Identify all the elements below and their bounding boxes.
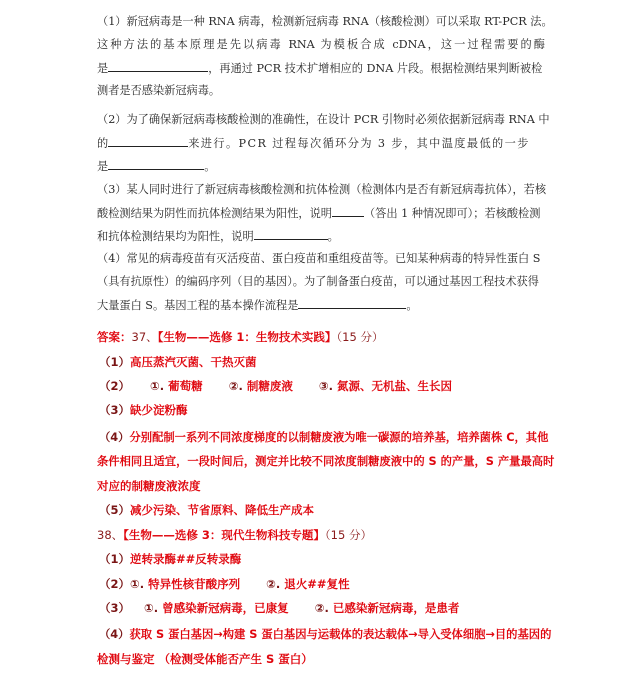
q38-a3-label: （3）	[99, 601, 130, 615]
q4-line-2: （具有抗原性）的编码序列（目的基因）。为了制备蛋白疫苗，可以通过基因工程技术获得	[97, 274, 545, 290]
q38-number: 38、	[97, 528, 123, 542]
q37-answer-4-line-1: （4）分别配制一系列不同浓度梯度的以制糖废液为唯一碳源的培养基，培养菌株 C，其…	[99, 430, 548, 446]
q37-a3-label: （3）	[99, 403, 130, 417]
q38-a1-text: 逆转录酶##反转录酶	[130, 552, 241, 566]
q38-score: （15 分）	[325, 528, 372, 542]
q38-title: 【生物——选修 3：现代生物科技专题】	[123, 528, 325, 542]
q37-a4-text-1: 分别配制一系列不同浓度梯度的以制糖废液为唯一碳源的培养基，培养菌株 C，其他	[129, 431, 548, 444]
q37-a1-label: （1）	[99, 355, 130, 369]
q4-line-3-post: 。	[406, 299, 417, 312]
q38-a3-marker-2: ②.	[315, 601, 329, 615]
q1-line-3-pre: 是	[97, 62, 108, 75]
q2-answer-blank-1	[108, 135, 188, 147]
q3-answer-blank-1	[332, 205, 364, 217]
q37-answer-1: （1）高压蒸汽灭菌、干热灭菌	[99, 354, 257, 370]
answer-37-heading: 答案：37、【生物——选修 1：生物技术实践】（15 分）	[97, 329, 383, 345]
q3-line-2-pre: 酸检测结果为阴性而抗体检测结果为阳性，说明	[97, 207, 332, 220]
q38-a4-text-1: 获取 S 蛋白基因→构建 S 蛋白基因与运载体的表达载体→导入受体细胞→目的基因…	[129, 628, 551, 641]
q1-line-3-post: ，再通过 PCR 技术扩增相应的 DNA 片段。根据检测结果判断被检	[208, 62, 542, 75]
q37-a2-label: （2）	[99, 379, 130, 393]
q37-answer-2: （2） ①. 葡萄糖 ②. 制糖废液 ③. 氮源、无机盐、生长因	[99, 378, 452, 394]
q2-line-2: 的来进行。PCR 过程每次循环分为 3 步，其中温度最低的一步	[97, 135, 545, 152]
q37-title: 【生物——选修 1：生物技术实践】	[158, 330, 337, 344]
q3-line-3-post: 。	[328, 230, 339, 243]
q3-answer-blank-2	[254, 228, 328, 240]
q38-a1-label: （1）	[99, 552, 130, 566]
q37-answer-3: （3）缺少淀粉酶	[99, 402, 188, 418]
q38-a2-item-1: 特异性核苷酸序列	[148, 577, 240, 591]
q3-line-2-post: （答出 1 种情况即可）；若核酸检测	[364, 207, 540, 220]
q37-a3-text: 缺少淀粉酶	[130, 403, 188, 417]
q37-a2-item-2: 制糖废液	[247, 379, 293, 393]
q38-answer-1: （1）逆转录酶##反转录酶	[99, 551, 241, 567]
q3-line-1: （3）某人同时进行了新冠病毒核酸检测和抗体检测（检测体内是否有新冠病毒抗体），若…	[97, 182, 545, 198]
answer-38-heading: 38、【生物——选修 3：现代生物科技专题】（15 分）	[97, 527, 372, 543]
q4-answer-blank	[298, 297, 406, 309]
q1-line-3: 是，再通过 PCR 技术扩增相应的 DNA 片段。根据检测结果判断被检	[97, 60, 545, 77]
q37-a2-marker-1: ①.	[150, 379, 164, 393]
q3-line-2: 酸检测结果为阴性而抗体检测结果为阳性，说明（答出 1 种情况即可）；若核酸检测	[97, 205, 545, 222]
q1-line-4: 测者是否感染新冠病毒。	[97, 83, 545, 99]
q38-answer-4-line-1: （4）获取 S 蛋白基因→构建 S 蛋白基因与运载体的表达载体→导入受体细胞→目…	[99, 627, 551, 643]
answer-label: 答案：	[97, 330, 132, 344]
q2-line-3-pre: 是	[97, 160, 108, 173]
q38-a2-marker-2: ②.	[266, 577, 280, 591]
document-page: （1）新冠病毒是一种 RNA 病毒，检测新冠病毒 RNA（核酸检测）可以采取 R…	[0, 0, 641, 681]
q2-line-3: 是。	[97, 158, 545, 175]
q37-a2-marker-3: ③.	[319, 379, 333, 393]
q37-a2-item-1: 葡萄糖	[168, 379, 203, 393]
q37-answer-4-line-2: 条件相同且适宜，一段时间后，测定并比较不同浓度制糖废液中的 S 的产量，S 产量…	[97, 454, 554, 470]
q37-a2-marker-2: ②.	[229, 379, 243, 393]
q37-answer-5: （5）减少污染、节省原料、降低生产成本	[99, 502, 314, 518]
q38-a2-label: （2）	[99, 577, 130, 591]
q37-a5-text: 减少污染、节省原料、降低生产成本	[130, 503, 314, 517]
q38-a3-item-1: 曾感染新冠病毒，已康复	[162, 601, 289, 615]
q38-answer-2: （2）①. 特异性核苷酸序列 ②. 退火##复性	[99, 576, 350, 592]
q37-score: （15 分）	[336, 330, 383, 344]
q4-line-1: （4）常见的病毒疫苗有灭活疫苗、蛋白疫苗和重组疫苗等。已知某种病毒的特异性蛋白 …	[97, 251, 545, 267]
q37-number: 37、	[132, 330, 158, 344]
q1-line-2: 这种方法的基本原理是先以病毒 RNA 为模板合成 cDNA，这一过程需要的酶	[97, 37, 545, 53]
q38-a3-marker-1: ①.	[144, 601, 158, 615]
q37-answer-4-line-3: 对应的制糖废液浓度	[97, 478, 201, 494]
q37-a2-item-3: 氮源、无机盐、生长因	[337, 379, 452, 393]
q1-answer-blank	[108, 60, 208, 72]
q38-a2-marker-1: ①.	[130, 577, 144, 591]
q2-line-3-post: 。	[204, 160, 215, 173]
q37-a4-label: （4）	[99, 431, 129, 444]
q2-line-2-post: 来进行。PCR 过程每次循环分为 3 步，其中温度最低的一步	[188, 137, 530, 150]
q38-answer-3: （3） ①. 曾感染新冠病毒，已康复 ②. 已感染新冠病毒，是患者	[99, 600, 459, 616]
q2-answer-blank-2	[108, 158, 204, 170]
q4-line-3-pre: 大量蛋白 S。基因工程的基本操作流程是	[97, 299, 298, 312]
q38-a2-item-2: 退火##复性	[284, 577, 349, 591]
q38-a3-item-2: 已感染新冠病毒，是患者	[333, 601, 460, 615]
q3-line-3-pre: 和抗体检测结果均为阳性，说明	[97, 230, 254, 243]
q37-a1-text: 高压蒸汽灭菌、干热灭菌	[130, 355, 257, 369]
q3-line-3: 和抗体检测结果均为阳性，说明。	[97, 228, 545, 245]
q1-line-1: （1）新冠病毒是一种 RNA 病毒，检测新冠病毒 RNA（核酸检测）可以采取 R…	[97, 14, 545, 30]
q37-a5-label: （5）	[99, 503, 130, 517]
q4-line-3: 大量蛋白 S。基因工程的基本操作流程是。	[97, 297, 545, 314]
q38-answer-4-line-2: 检测与鉴定 （检测受体能否产生 S 蛋白）	[97, 651, 313, 667]
q2-line-2-pre: 的	[97, 137, 108, 150]
q38-a4-label: （4）	[99, 628, 129, 641]
q2-line-1: （2）为了确保新冠病毒核酸检测的准确性，在设计 PCR 引物时必须依据新冠病毒 …	[97, 112, 545, 128]
